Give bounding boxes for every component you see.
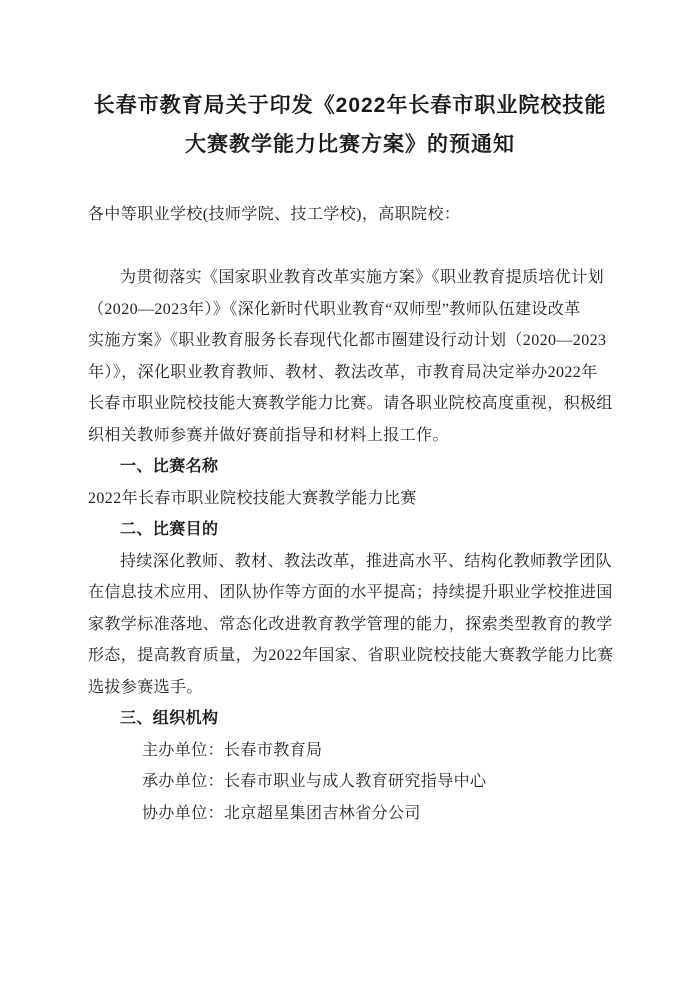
- section-1-heading: 一、比赛名称: [88, 451, 630, 483]
- intro-paragraph: 为贯彻落实《国家职业教育改革实施方案》《职业教育提质培优计划 （2020—202…: [88, 262, 630, 451]
- document-title: 长春市教育局关于印发《2022年长春市职业院校技能 大赛教学能力比赛方案》的预通…: [0, 0, 700, 164]
- organizer-coorganizer-line: 协办单位：北京超星集团吉林省分公司: [88, 798, 630, 830]
- intro-line-6: 织相关教师参赛并做好赛前指导和材料上报工作。: [88, 420, 630, 452]
- section-2-heading: 二、比赛目的: [88, 514, 630, 546]
- intro-line-5: 长春市职业院校技能大赛教学能力比赛。请各职业院校高度重视，积极组: [88, 388, 630, 420]
- organizer-host-line: 主办单位：长春市教育局: [88, 735, 630, 767]
- salutation-line: 各中等职业学校(技师学院、技工学校)，高职院校：: [88, 199, 630, 231]
- purpose-line-2: 在信息技术应用、团队协作等方面的水平提高；持续提升职业学校推进国: [88, 577, 630, 609]
- purpose-line-1: 持续深化教师、教材、教法改革，推进高水平、结构化教师教学团队: [88, 546, 630, 578]
- document-page: 长春市教育局关于印发《2022年长春市职业院校技能 大赛教学能力比赛方案》的预通…: [0, 0, 700, 989]
- purpose-line-5: 选拔参赛选手。: [88, 672, 630, 704]
- intro-line-1: 为贯彻落实《国家职业教育改革实施方案》《职业教育提质培优计划: [88, 262, 630, 294]
- purpose-line-3: 家教学标准落地、常态化改进教育教学管理的能力，探索类型教育的教学: [88, 609, 630, 641]
- intro-line-3: 实施方案》《职业教育服务长春现代化都市圈建设行动计划（2020—2023: [88, 325, 630, 357]
- document-body: 各中等职业学校(技师学院、技工学校)，高职院校： 为贯彻落实《国家职业教育改革实…: [0, 199, 700, 829]
- intro-line-4: 年）》，深化职业教育教师、教材、教法改革，市教育局决定举办2022年: [88, 357, 630, 389]
- document-title-line-2: 大赛教学能力比赛方案》的预通知: [0, 125, 700, 164]
- organizer-undertaker-line: 承办单位：长春市职业与成人教育研究指导中心: [88, 766, 630, 798]
- intro-line-2: （2020—2023年）》《深化新时代职业教育“双师型”教师队伍建设改革: [88, 294, 630, 326]
- section-3-heading: 三、组织机构: [88, 703, 630, 735]
- purpose-line-4: 形态，提高教育质量，为2022年国家、省职业院校技能大赛教学能力比赛: [88, 640, 630, 672]
- document-title-line-1: 长春市教育局关于印发《2022年长春市职业院校技能: [0, 86, 700, 125]
- competition-name-line: 2022年长春市职业院校技能大赛教学能力比赛: [88, 483, 630, 515]
